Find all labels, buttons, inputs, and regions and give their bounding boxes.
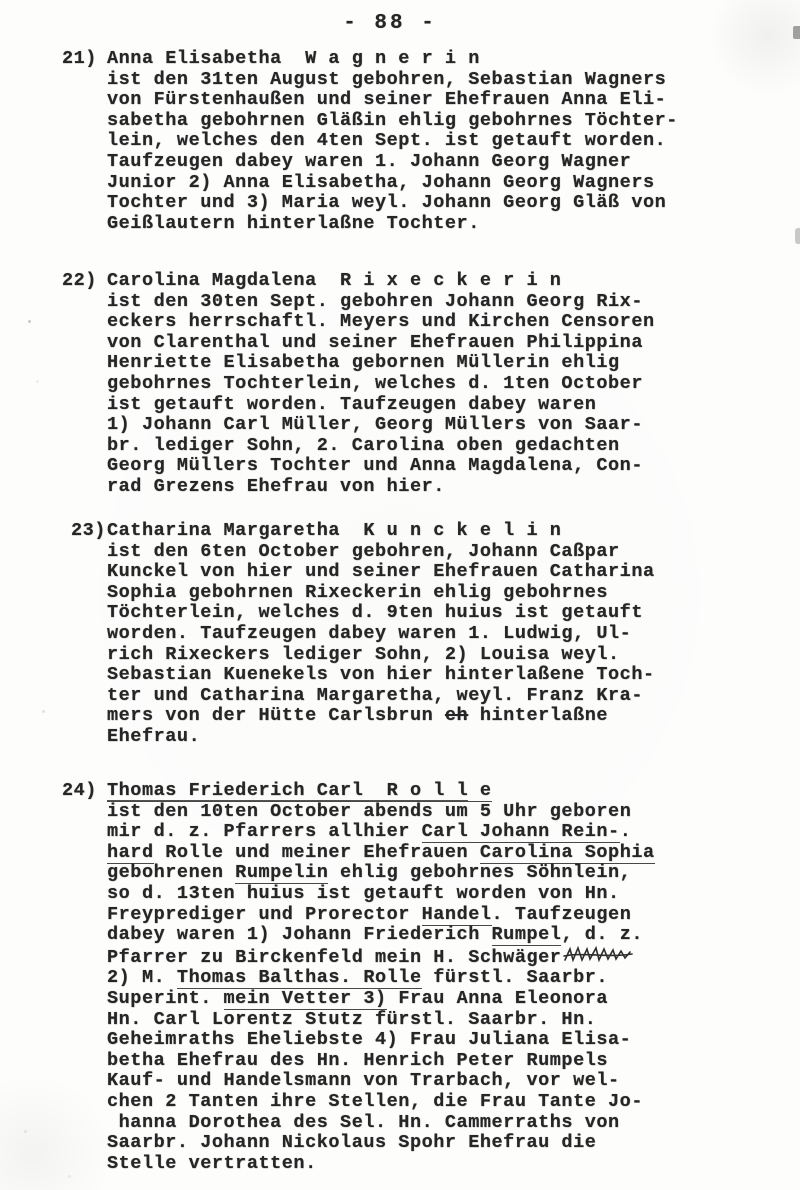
- text-line: betha Ehefrau des Hn. Henrich Peter Rump…: [107, 1051, 727, 1072]
- text-segment: 1) Johann Carl Müller, Georg Müllers von…: [107, 414, 643, 435]
- text-segment: Sebastian Kuenekels von hier hinterlaßen…: [107, 664, 655, 685]
- text-line: Thomas Friederich Carl R o l l e: [107, 781, 727, 802]
- text-segment: .: [620, 821, 632, 842]
- text-line: Töchterlein, welches d. 9ten huius ist g…: [107, 603, 727, 624]
- entry-number: 21): [62, 49, 97, 70]
- text-segment: ist den 6ten October gebohren, Johann Ca…: [107, 541, 620, 562]
- text-segment: Frau Anna Eleonora: [387, 988, 608, 1009]
- text-segment: Anna Elisabetha W a g n e r i n: [107, 48, 480, 69]
- text-segment: Töchterlein, welches d. 9ten huius ist g…: [107, 602, 643, 623]
- text-line: Anna Elisabetha W a g n e r i n: [107, 49, 727, 70]
- text-line: hanna Dorothea des Sel. Hn. Cammerraths …: [107, 1113, 727, 1134]
- scan-speckles: [28, 320, 31, 323]
- text-segment: Georg Müllers Tochter und Anna Magdalena…: [107, 455, 643, 476]
- text-line: chen 2 Tanten ihre Stellen, die Frau Tan…: [107, 1092, 727, 1113]
- text-segment: Tochter und 3) Maria weyl. Johann Georg …: [107, 192, 666, 213]
- text-line: Kauf- und Handelsmann von Trarbach, vor …: [107, 1071, 727, 1092]
- text-line: von Fürstenhaußen und seiner Ehefrauen A…: [107, 90, 727, 111]
- text-line: Catharina Margaretha K u n c k e l i n: [107, 521, 727, 542]
- text-segment: von Fürstenhaußen und seiner Ehefrauen A…: [107, 89, 666, 110]
- text-line: mir d. z. Pfarrers allhier Carl Johann R…: [107, 822, 727, 843]
- text-segment: mir d. z. Pfarrers allhier: [107, 821, 422, 842]
- text-segment: Kunckel von hier und seiner Ehefrauen Ca…: [107, 561, 655, 582]
- text-segment: br. lediger Sohn, 2. Carolina oben gedac…: [107, 435, 620, 456]
- text-segment: rich Rixeckers lediger Sohn, 2) Louisa w…: [107, 644, 620, 665]
- text-segment: gebohrenen: [107, 862, 235, 883]
- text-line: Tochter und 3) Maria weyl. Johann Georg …: [107, 193, 727, 214]
- text-segment: Junior 2) Anna Elisabetha, Johann Georg …: [107, 172, 655, 193]
- underlined-text: Carolina Sophia: [480, 842, 655, 864]
- text-line: sabetha gebohrnen Gläßin ehlig gebohrnes…: [107, 111, 727, 132]
- underlined-text: Rumpelin: [235, 862, 328, 884]
- text-line: Superint. mein Vetter 3) Frau Anna Eleon…: [107, 989, 727, 1010]
- text-line: lein, welches den 4ten Sept. ist getauft…: [107, 131, 727, 152]
- text-line: Taufzeugen dabey waren 1. Johann Georg W…: [107, 152, 727, 173]
- text-line: Ehefrau.: [107, 727, 727, 748]
- struck-out-text: eh: [445, 705, 468, 726]
- text-segment: dabey waren 1) Johann Friederich: [107, 924, 492, 945]
- text-line: rich Rixeckers lediger Sohn, 2) Louisa w…: [107, 645, 727, 666]
- text-line: Stelle vertratten.: [107, 1154, 727, 1175]
- entry-number: 22): [62, 271, 97, 292]
- entry-number: 24): [62, 781, 97, 802]
- text-segment: , d. z.: [561, 924, 643, 945]
- page-number: - 88 -: [0, 14, 780, 35]
- text-line: Junior 2) Anna Elisabetha, Johann Georg …: [107, 173, 727, 194]
- text-line: Sebastian Kuenekels von hier hinterlaßen…: [107, 665, 727, 686]
- text-line: von Clarenthal und seiner Ehefrauen Phil…: [107, 333, 727, 354]
- text-segment: Carolina Magdalena R i x e c k e r i n: [107, 270, 561, 291]
- text-line: Pfarrer zu Birckenfeld mein H. Schwäger: [107, 946, 727, 969]
- text-line: mers von der Hütte Carlsbrun eh hinterla…: [107, 706, 727, 727]
- text-segment: betha Ehefrau des Hn. Henrich Peter Rump…: [107, 1050, 608, 1071]
- text-segment: lein, welches den 4ten Sept. ist getauft…: [107, 130, 666, 151]
- underlined-text: Handel: [422, 904, 492, 926]
- text-segment: ist getauft worden. Taufzeugen dabey war…: [107, 394, 596, 415]
- entry-21: 21)Anna Elisabetha W a g n e r i nist de…: [107, 49, 727, 234]
- text-segment: rad Grezens Ehefrau von hier.: [107, 476, 445, 497]
- text-segment: fürstl. Saarbr.: [422, 967, 608, 988]
- text-segment: eckers herrschaftl. Meyers und Kirchen C…: [107, 311, 655, 332]
- text-segment: Stelle vertratten.: [107, 1153, 317, 1174]
- text-segment: Sophia gebohrnen Rixeckerin ehlig gebohr…: [107, 582, 608, 603]
- underlined-text: Thomas Friederich Carl R o l l e: [107, 780, 492, 802]
- underlined-text: mein Vetter 3): [224, 988, 387, 1010]
- text-line: Freyprediger und Prorector Handel. Taufz…: [107, 905, 727, 926]
- text-segment: mers von der Hütte Carlsbrun: [107, 705, 445, 726]
- text-line: ist getauft worden. Taufzeugen dabey war…: [107, 395, 727, 416]
- text-segment: Taufzeugen dabey waren 1. Johann Georg W…: [107, 151, 631, 172]
- text-segment: Saarbr. Johann Nickolaus Spohr Ehefrau d…: [107, 1132, 596, 1153]
- entry-number: 23): [71, 521, 106, 542]
- text-segment: Catharina Margaretha K u n c k e l i n: [107, 520, 561, 541]
- text-line: Geißlautern hinterlaßne Tochter.: [107, 214, 727, 235]
- text-line: 2) M. Thomas Balthas. Rolle fürstl. Saar…: [107, 968, 727, 989]
- text-segment: ter und Catharina Margaretha, weyl. Fran…: [107, 685, 643, 706]
- overlined-text: ist den 10ten October abends um: [107, 800, 468, 822]
- text-segment: Freyprediger und Prorector: [107, 904, 422, 925]
- text-segment: Superint.: [107, 988, 224, 1009]
- underlined-text: Thomas Balthas. Rolle: [177, 967, 422, 989]
- text-segment: chen 2 Tanten ihre Stellen, die Frau Tan…: [107, 1091, 643, 1112]
- text-line: Georg Müllers Tochter und Anna Magdalena…: [107, 456, 727, 477]
- text-segment: so d. 13ten huius ist getauft worden von…: [107, 883, 620, 904]
- text-line: eckers herrschaftl. Meyers und Kirchen C…: [107, 312, 727, 333]
- text-line: rad Grezens Ehefrau von hier.: [107, 477, 727, 498]
- text-line: Hn. Carl Lorentz Stutz fürstl. Saarbr. H…: [107, 1010, 727, 1031]
- text-segment: 2) M.: [107, 967, 177, 988]
- scanned-register-page: - 88 - 21)Anna Elisabetha W a g n e r i …: [0, 0, 800, 1190]
- text-line: ist den 6ten October gebohren, Johann Ca…: [107, 542, 727, 563]
- text-segment: Pfarrer zu Birckenfeld mein H. Schwäger: [107, 947, 561, 968]
- entry-23: 23)Catharina Margaretha K u n c k e l i …: [107, 521, 727, 748]
- text-line: so d. 13ten huius ist getauft worden von…: [107, 884, 727, 905]
- text-segment: von Clarenthal und seiner Ehefrauen Phil…: [107, 332, 643, 353]
- text-segment: Kauf- und Handelsmann von Trarbach, vor …: [107, 1070, 620, 1091]
- text-line: Geheimraths Eheliebste 4) Frau Juliana E…: [107, 1030, 727, 1051]
- text-segment: hanna Dorothea des Sel. Hn. Cammerraths …: [107, 1112, 620, 1133]
- text-line: gebohrenen Rumpelin ehlig gebohrnes Söhn…: [107, 863, 727, 884]
- text-line: Kunckel von hier und seiner Ehefrauen Ca…: [107, 562, 727, 583]
- text-line: ist den 10ten October abends um 5 Uhr ge…: [107, 802, 727, 823]
- text-line: Saarbr. Johann Nickolaus Spohr Ehefrau d…: [107, 1133, 727, 1154]
- scribble-mark-icon: [563, 946, 633, 964]
- text-segment: Geißlautern hinterlaßne Tochter.: [107, 213, 480, 234]
- text-segment: 5 Uhr geboren: [468, 801, 631, 822]
- text-segment: ist den 31ten August gebohren, Sebastian…: [107, 69, 666, 90]
- text-line: gebohrnes Tochterlein, welches d. 1ten O…: [107, 374, 727, 395]
- text-line: Carolina Magdalena R i x e c k e r i n: [107, 271, 727, 292]
- text-line: ter und Catharina Margaretha, weyl. Fran…: [107, 686, 727, 707]
- text-line: br. lediger Sohn, 2. Carolina oben gedac…: [107, 436, 727, 457]
- entry-24: 24)Thomas Friederich Carl R o l l eist d…: [107, 781, 727, 1174]
- text-segment: Hn. Carl Lorentz Stutz fürstl. Saarbr. H…: [107, 1009, 596, 1030]
- text-line: worden. Taufzeugen dabey waren 1. Ludwig…: [107, 624, 727, 645]
- text-line: hard Rolle und meiner Ehefrauen Carolina…: [107, 843, 727, 864]
- text-segment: Henriette Elisabetha gebornen Müllerin e…: [107, 352, 620, 373]
- underlined-text: Rumpel: [492, 924, 562, 946]
- underlined-text: hard: [107, 842, 154, 864]
- text-segment: hinterlaßne: [468, 705, 608, 726]
- text-line: dabey waren 1) Johann Friederich Rumpel,…: [107, 925, 727, 946]
- text-segment: Rolle und meiner Ehefrauen: [154, 842, 480, 863]
- entry-22: 22)Carolina Magdalena R i x e c k e r i …: [107, 271, 727, 498]
- text-line: ist den 31ten August gebohren, Sebastian…: [107, 70, 727, 91]
- text-line: 1) Johann Carl Müller, Georg Müllers von…: [107, 415, 727, 436]
- scan-smudge: [795, 228, 800, 244]
- text-line: ist den 30ten Sept. gebohren Johann Geor…: [107, 292, 727, 313]
- text-segment: ehlig gebohrnes Söhnlein,: [328, 862, 631, 883]
- scan-smudge: [793, 26, 800, 39]
- text-segment: ist den 30ten Sept. gebohren Johann Geor…: [107, 291, 643, 312]
- text-line: Henriette Elisabetha gebornen Müllerin e…: [107, 353, 727, 374]
- text-segment: Geheimraths Eheliebste 4) Frau Juliana E…: [107, 1029, 631, 1050]
- text-segment: sabetha gebohrnen Gläßin ehlig gebohrnes…: [107, 110, 678, 131]
- text-line: Sophia gebohrnen Rixeckerin ehlig gebohr…: [107, 583, 727, 604]
- underlined-text: Carl Johann Rein-: [422, 821, 620, 843]
- text-segment: worden. Taufzeugen dabey waren 1. Ludwig…: [107, 623, 631, 644]
- text-segment: gebohrnes Tochterlein, welches d. 1ten O…: [107, 373, 643, 394]
- text-segment: . Taufzeugen: [492, 904, 632, 925]
- text-segment: Ehefrau.: [107, 726, 200, 747]
